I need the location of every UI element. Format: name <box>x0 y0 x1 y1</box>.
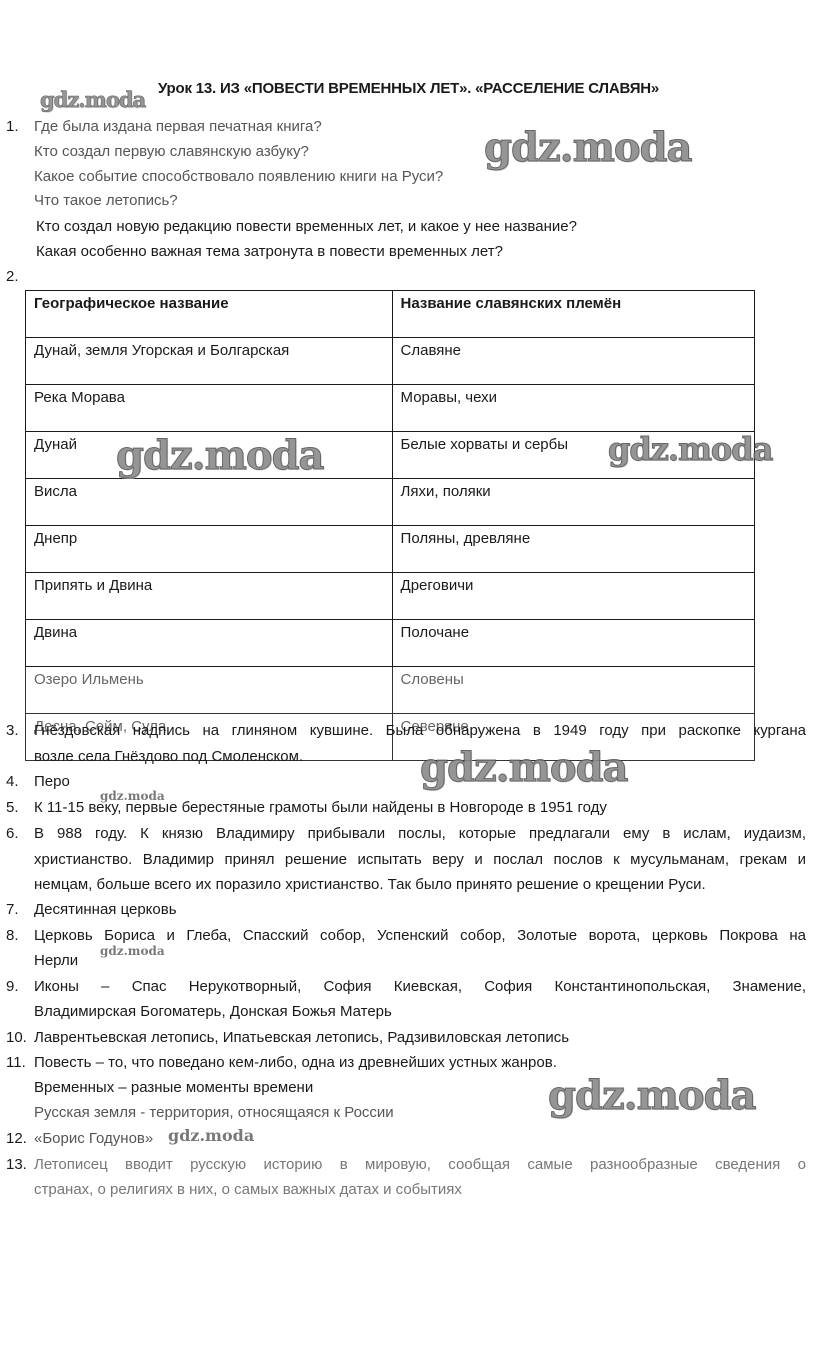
answer-9-line: Иконы – Спас Нерукотворный, София Киевск… <box>34 978 806 996</box>
table-row: Река Морава Моравы, чехи <box>26 385 755 432</box>
answer-7-number: 7. <box>6 901 19 919</box>
watermark: gdz.moda <box>168 1126 254 1145</box>
table-header-cell: Географическое название <box>26 291 393 338</box>
answer-3-line: возле села Гнёздово под Смоленском. <box>34 748 303 766</box>
answer-page: Урок 13. ИЗ «ПОВЕСТИ ВРЕМЕННЫХ ЛЕТ». «РА… <box>0 0 827 1347</box>
answer-1-line: Какое событие способствовало появлению к… <box>34 168 443 186</box>
table-cell: Моравы, чехи <box>392 385 754 432</box>
answer-3-number: 3. <box>6 722 19 740</box>
answer-5-number: 5. <box>6 799 19 817</box>
answer-8-number: 8. <box>6 927 19 945</box>
watermark: gdz.moda <box>116 432 323 479</box>
table-cell: Река Морава <box>26 385 393 432</box>
answer-9-line: Владимирская Богоматерь, Донская Божья М… <box>34 1003 392 1021</box>
answer-11-number: 11. <box>6 1054 26 1072</box>
table-cell: Висла <box>26 479 393 526</box>
answer-10-line: Лаврентьевская летопись, Ипатьевская лет… <box>34 1029 569 1047</box>
answer-6-number: 6. <box>6 825 19 843</box>
answer-11-line: Русская земля - территория, относящаяся … <box>34 1104 394 1122</box>
answer-1-line: Что такое летопись? <box>34 192 178 210</box>
answer-13-number: 13. <box>6 1156 27 1174</box>
table-cell: Славяне <box>392 338 754 385</box>
answer-1-line: Где была издана первая печатная книга? <box>34 118 322 136</box>
answer-9-number: 9. <box>6 978 19 996</box>
answer-1-line: Какая особенно важная тема затронута в п… <box>36 243 503 261</box>
table-row: Дунай, земля Угорская и Болгарская Славя… <box>26 338 755 385</box>
answer-6-line: В 988 году. К князю Владимиру прибывали … <box>34 825 806 843</box>
answer-8-line: Церковь Бориса и Глеба, Спасский собор, … <box>34 927 806 945</box>
watermark: gdz.moda <box>100 789 165 803</box>
answer-6-line: христианство. Владимир принял решение ис… <box>34 851 806 869</box>
table-row: Двина Полочане <box>26 620 755 667</box>
table-row: Висла Ляхи, поляки <box>26 479 755 526</box>
page-title: Урок 13. ИЗ «ПОВЕСТИ ВРЕМЕННЫХ ЛЕТ». «РА… <box>158 80 659 97</box>
table-cell: Словены <box>392 667 754 714</box>
table-header-row: Географическое название Название славянс… <box>26 291 755 338</box>
table-cell: Днепр <box>26 526 393 573</box>
table-row: Озеро Ильмень Словены <box>26 667 755 714</box>
answer-11-line: Повесть – то, что поведано кем-либо, одн… <box>34 1054 557 1072</box>
table-cell: Ляхи, поляки <box>392 479 754 526</box>
table-header-cell: Название славянских племён <box>392 291 754 338</box>
table-cell: Поляны, древляне <box>392 526 754 573</box>
answer-12-number: 12. <box>6 1130 27 1148</box>
table-cell: Двина <box>26 620 393 667</box>
answer-13-line: странах, о религиях в них, о самых важны… <box>34 1181 462 1199</box>
answer-3-line: Гнёздовская надпись на глиняном кувшине.… <box>34 722 806 740</box>
tribes-table: Географическое название Название славянс… <box>25 290 755 761</box>
table-cell: Припять и Двина <box>26 573 393 620</box>
answer-13-line: Летописец вводит русскую историю в миров… <box>34 1156 806 1174</box>
answer-1-line: Кто создал первую славянскую азбуку? <box>34 143 309 161</box>
table-row: Днепр Поляны, древляне <box>26 526 755 573</box>
table-cell: Полочане <box>392 620 754 667</box>
answer-2-number: 2. <box>6 268 19 286</box>
answer-7-line: Десятинная церковь <box>34 901 177 919</box>
watermark: gdz.moda <box>420 744 627 791</box>
table-cell: Дреговичи <box>392 573 754 620</box>
answer-10-number: 10. <box>6 1029 27 1047</box>
watermark: gdz.moda <box>484 124 691 171</box>
watermark: gdz.moda <box>548 1072 755 1119</box>
answer-11-line: Временных – разные моменты времени <box>34 1079 313 1097</box>
answer-1-number: 1. <box>6 118 19 136</box>
answer-12-line: «Борис Годунов» <box>34 1130 153 1148</box>
answer-8-line: Нерли <box>34 952 78 970</box>
watermark: gdz.moda <box>608 430 772 468</box>
answer-4-line: Перо <box>34 773 70 791</box>
answer-1-line: Кто создал новую редакцию повести времен… <box>36 218 577 236</box>
table-cell: Озеро Ильмень <box>26 667 393 714</box>
answer-4-number: 4. <box>6 773 19 791</box>
table-cell: Дунай, земля Угорская и Болгарская <box>26 338 393 385</box>
watermark: gdz.moda <box>40 87 145 112</box>
watermark: gdz.moda <box>100 944 165 958</box>
table-row: Припять и Двина Дреговичи <box>26 573 755 620</box>
answer-6-line: немцам, больше всего их поразило христиа… <box>34 876 706 894</box>
